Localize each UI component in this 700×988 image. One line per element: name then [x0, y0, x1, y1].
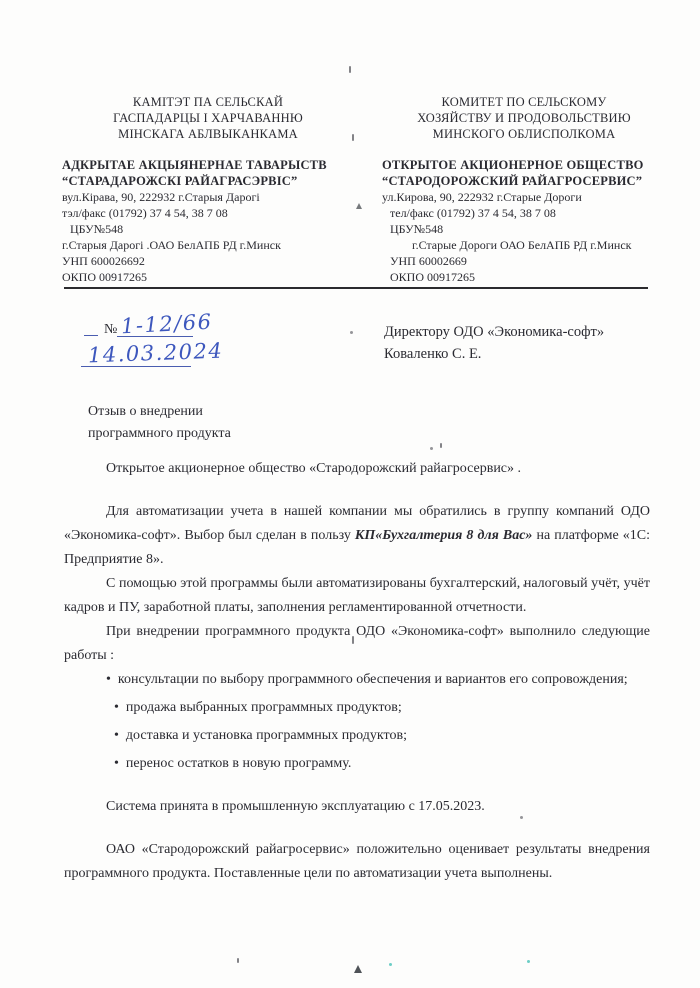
org-unp: УНП 600026692 [62, 253, 354, 269]
scanned-letter-page: КАМІТЭТ ПА СЕЛЬСКАЙ ГАСПАДАРЦЫ І ХАРЧАВА… [0, 0, 700, 988]
org-address: вул.Кірава, 90, 222932 г.Старыя Дарогі [62, 189, 354, 205]
ref-number-underline [117, 336, 193, 337]
ref-date-handwritten: 14.03.2024 [88, 339, 224, 368]
letterhead-left: КАМІТЭТ ПА СЕЛЬСКАЙ ГАСПАДАРЦЫ І ХАРЧАВА… [62, 94, 354, 285]
scan-artifact [356, 203, 362, 209]
scan-artifact [237, 958, 239, 963]
scan-artifact [389, 963, 392, 966]
org-name-line: “СТАРАДАРОЖСКІ РАЙАГРАСЭРВІС” [62, 173, 354, 189]
org-name-line: “СТАРОДОРОЖСКИЙ РАЙАГРОСЕРВИС” [382, 173, 666, 189]
scan-artifact [430, 447, 433, 450]
org-name-ru: ОТКРЫТОЕ АКЦИОНЕРНОЕ ОБЩЕСТВО “СТАРОДОРО… [382, 157, 666, 189]
org-okpo: ОКПО 00917265 [382, 269, 666, 285]
addressee-block: Директору ОДО «Экономика-софт» Коваленко… [384, 321, 604, 365]
org-unp: УНП 60002669 [382, 253, 666, 269]
org-address: ул.Кирова, 90, 222932 г.Старые Дороги [382, 189, 666, 205]
scan-artifact [440, 443, 442, 448]
scan-artifact [354, 965, 362, 973]
org-phone: тэл/факс (01792) 37 4 54, 38 7 08 [62, 205, 354, 221]
authority-line: ГАСПАДАРЦЫ І ХАРЧАВАННЮ [62, 110, 354, 126]
org-name-by: АДКРЫТАЕ АКЦЫЯНЕРНАЕ ТАВАРЫСТВ “СТАРАДАР… [62, 157, 354, 189]
org-cbu: ЦБУ№548 [382, 221, 666, 237]
scan-artifact [527, 960, 530, 963]
scan-artifact [350, 331, 353, 334]
list-item: доставка и установка программных продукт… [64, 724, 650, 748]
paragraph-works-intro: При внедрении программного продукта ОДО … [64, 620, 650, 668]
works-list: консультации по выбору программного обес… [64, 668, 650, 776]
authority-line: ХОЗЯЙСТВУ И ПРОДОВОЛЬСТВИЮ [382, 110, 666, 126]
authority-name-ru: КОМИТЕТ ПО СЕЛЬСКОМУ ХОЗЯЙСТВУ И ПРОДОВО… [382, 94, 666, 142]
paragraph-deployment: Система принята в промышленную эксплуата… [64, 795, 650, 819]
authority-line: КАМІТЭТ ПА СЕЛЬСКАЙ [62, 94, 354, 110]
paragraph-conclusion: ОАО «Стародорожский райагросервис» полож… [64, 838, 650, 886]
ref-date-underline [81, 366, 191, 367]
org-bank: г.Старыя Дарогі .ОАО БелАПБ РД г.Минск [62, 237, 354, 253]
paragraph-automation: С помощью этой программы были автоматизи… [64, 572, 650, 620]
ref-number-label: № [104, 322, 117, 338]
subject-block: Отзыв о внедрении программного продукта [88, 401, 231, 445]
scan-artifact [349, 66, 351, 73]
letterhead-right: КОМИТЕТ ПО СЕЛЬСКОМУ ХОЗЯЙСТВУ И ПРОДОВО… [382, 94, 666, 285]
list-item: продажа выбранных программных продуктов; [64, 696, 650, 720]
scan-artifact [523, 584, 526, 587]
scan-artifact [352, 134, 354, 141]
scan-artifact [520, 816, 523, 819]
org-details-by: вул.Кірава, 90, 222932 г.Старыя Дарогі т… [62, 189, 354, 285]
authority-name-by: КАМІТЭТ ПА СЕЛЬСКАЙ ГАСПАДАРЦЫ І ХАРЧАВА… [62, 94, 354, 142]
list-item: консультации по выбору программного обес… [64, 668, 650, 692]
addressee-name: Коваленко С. Е. [384, 343, 604, 365]
paragraph-choice: Для автоматизации учета в нашей компании… [64, 500, 650, 572]
org-bank: г.Старые Дороги ОАО БелАПБ РД г.Минск [382, 237, 666, 253]
authority-line: МИНСКОГО ОБЛИСПОЛКОМА [382, 126, 666, 142]
org-details-ru: ул.Кирова, 90, 222932 г.Старые Дороги те… [382, 189, 666, 285]
org-cbu: ЦБУ№548 [62, 221, 354, 237]
ref-number-handwritten: 1-12/66 [120, 310, 213, 339]
authority-line: МІНСКАГА АБЛВЫКАНКАМА [62, 126, 354, 142]
letterhead-divider [64, 287, 648, 289]
ref-blank-line [84, 335, 98, 336]
subject-line: программного продукта [88, 423, 231, 445]
authority-line: КОМИТЕТ ПО СЕЛЬСКОМУ [382, 94, 666, 110]
subject-line: Отзыв о внедрении [88, 401, 231, 423]
org-okpo: ОКПО 00917265 [62, 269, 354, 285]
org-name-line: ОТКРЫТОЕ АКЦИОНЕРНОЕ ОБЩЕСТВО [382, 157, 666, 173]
product-name: КП«Бухгалтерия 8 для Вас» [355, 528, 533, 543]
addressee-title: Директору ОДО «Экономика-софт» [384, 321, 604, 343]
letter-body: Открытое акционерное общество «Стародоро… [64, 457, 650, 886]
org-phone: тел/факс (01792) 37 4 54, 38 7 08 [382, 205, 666, 221]
paragraph-company: Открытое акционерное общество «Стародоро… [64, 457, 650, 481]
list-item: перенос остатков в новую программу. [64, 752, 650, 776]
org-name-line: АДКРЫТАЕ АКЦЫЯНЕРНАЕ ТАВАРЫСТВ [62, 157, 354, 173]
scan-artifact [352, 636, 354, 644]
